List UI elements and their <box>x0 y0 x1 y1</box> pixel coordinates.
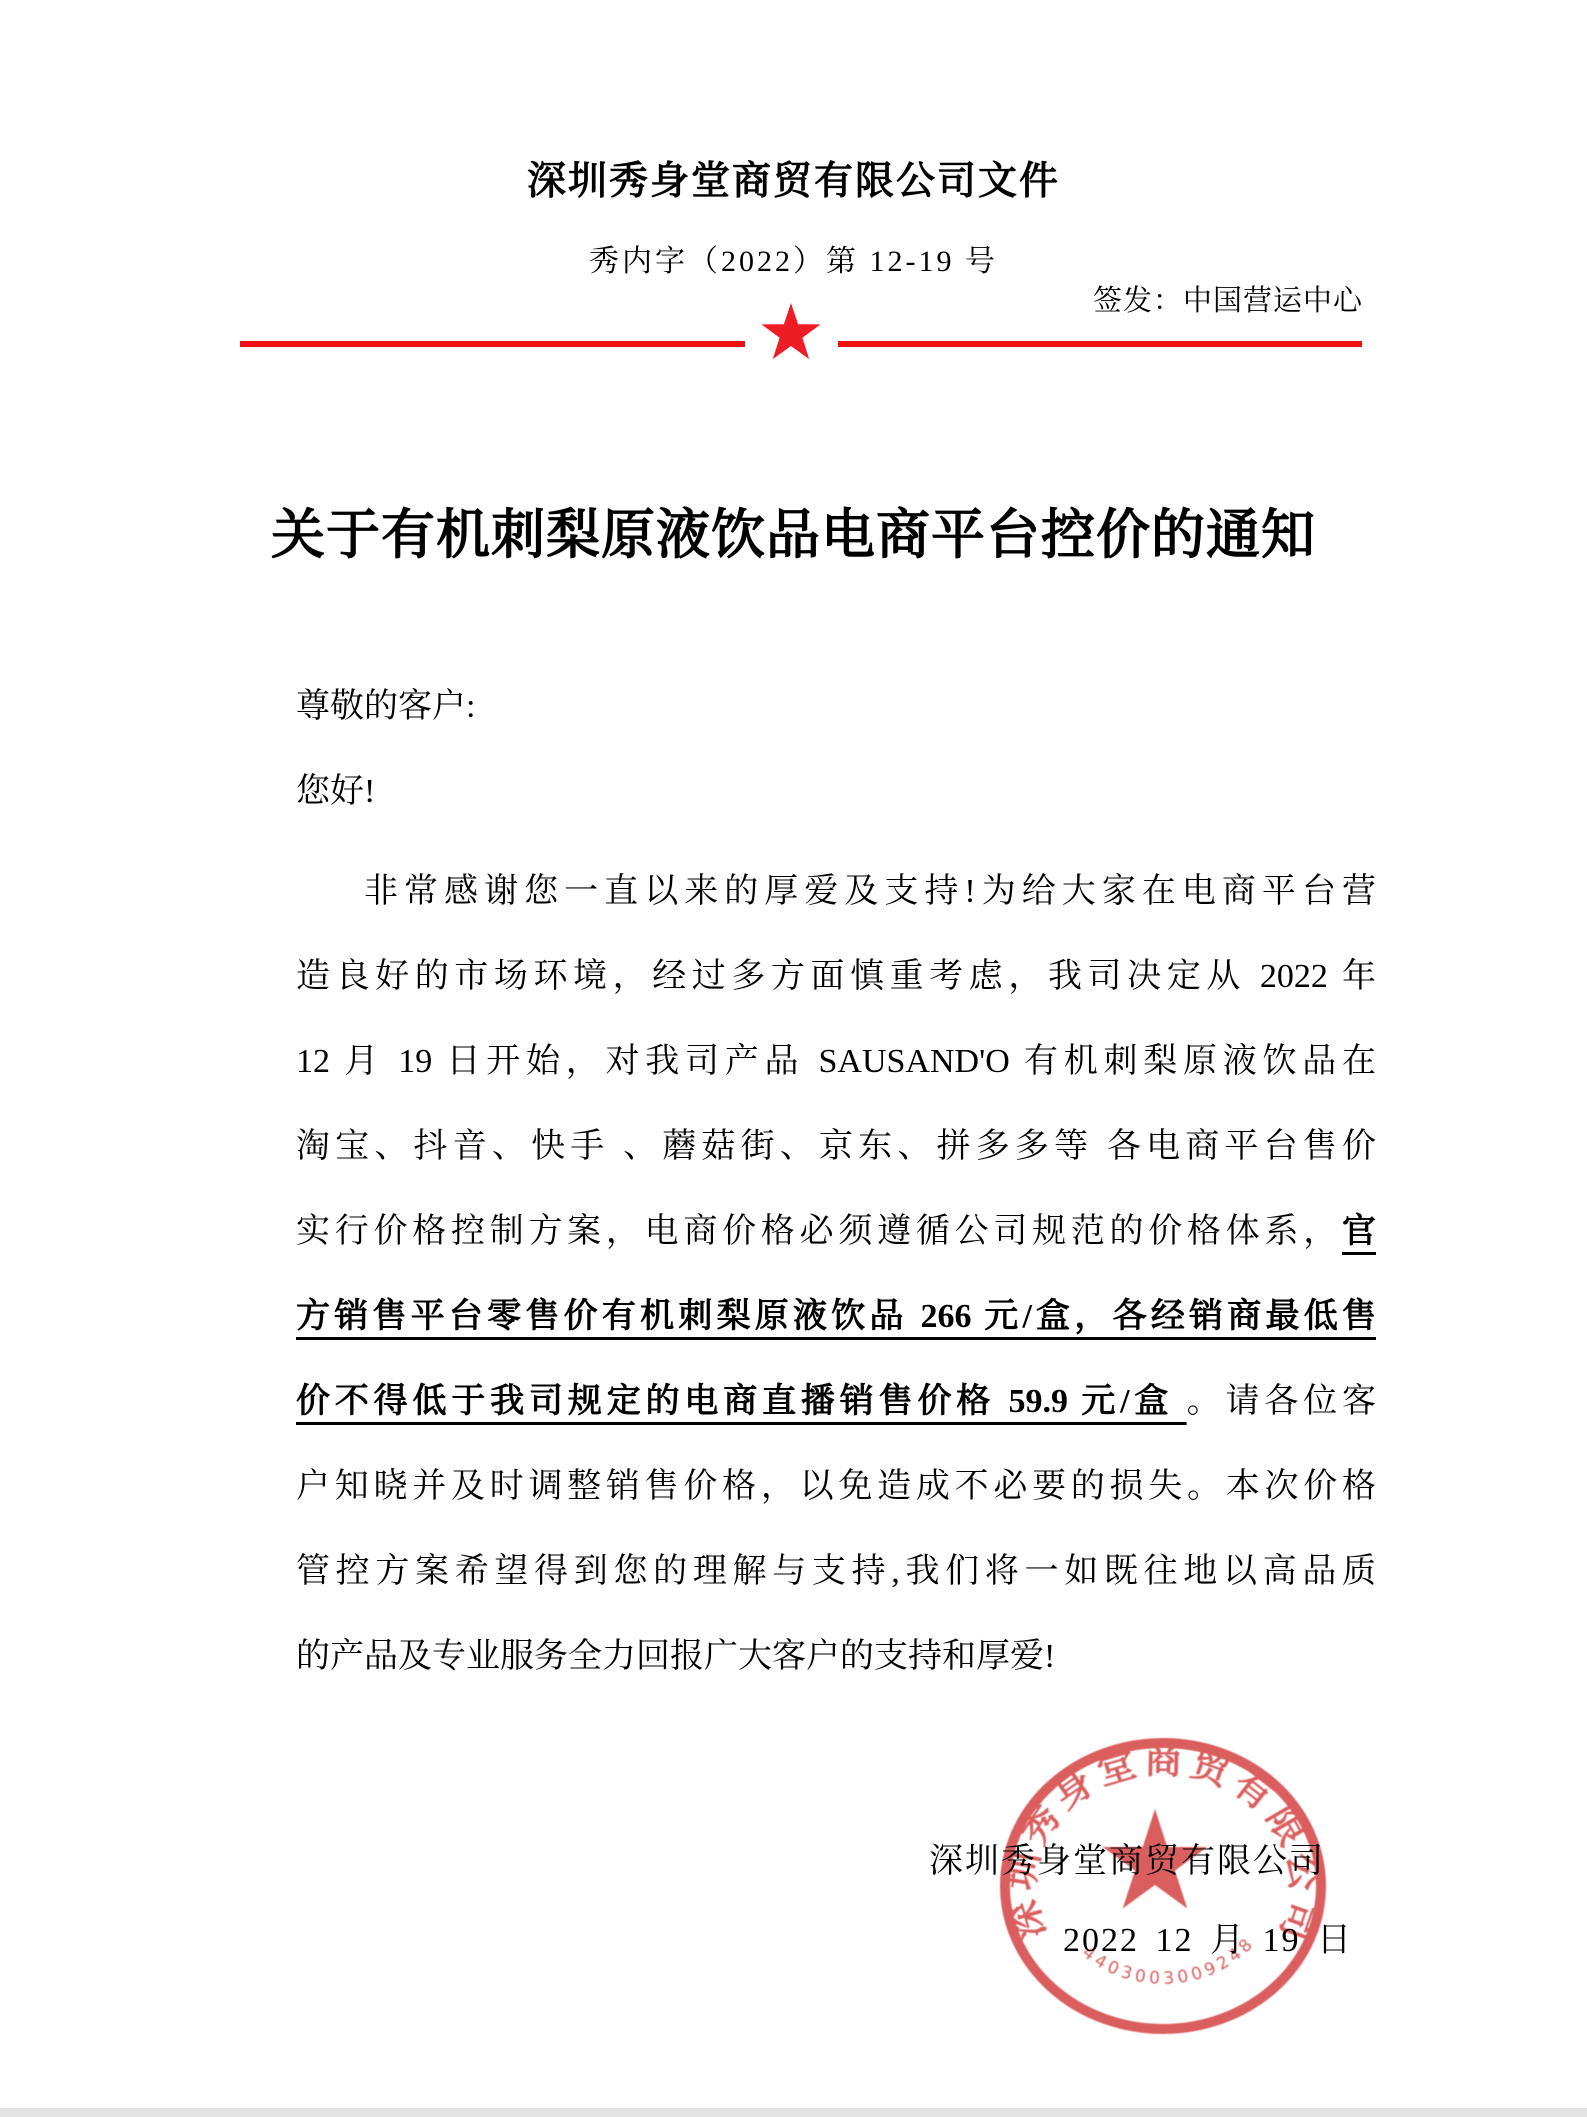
body-line: 的产品及专业服务全力回报广大客户的支持和厚爱! <box>296 1614 1376 1699</box>
body-segment: 实行价格控制方案，电商价格必须遵循公司规范的价格体系， <box>296 1213 1342 1250</box>
scan-edge-strip <box>0 2108 1587 2117</box>
body-segment: 非常感谢您一直以来的厚爱及支持!为给大家在电商平台营 <box>364 873 1376 910</box>
body-segment: 管控方案希望得到您的理解与支持,我们将一如既往地以高品质 <box>296 1553 1376 1590</box>
signature-date: 2022 12 月 19 日 <box>1063 1912 1353 1961</box>
body-line: 价不得低于我司规定的电商直播销售价格 59.9 元/盒 。请各位客 <box>296 1359 1376 1444</box>
greeting: 您好! <box>296 749 1376 849</box>
body-segment: 。请各位客 <box>1187 1383 1376 1420</box>
body-segment: 12 月 19 日开始，对我司产品 SAUSAND'O 有机刺梨原液饮品在 <box>296 1043 1376 1080</box>
body-segment: 造良好的市场环境，经过多方面慎重考虑，我司决定从 2022 年 <box>296 958 1376 995</box>
issuer-line: 签发：中国营运中心 <box>1093 278 1363 319</box>
page-title: 关于有机刺梨原液饮品电商平台控价的通知 <box>0 492 1587 569</box>
body-block: 尊敬的客户: 您好! 非常感谢您一直以来的厚爱及支持!为给大家在电商平台营造良好… <box>296 664 1376 1699</box>
divider-line-right <box>838 341 1362 347</box>
seal-ring <box>1005 1743 1321 2029</box>
body-line: 户知晓并及时调整销售价格，以免造成不必要的损失。本次价格 <box>296 1444 1376 1529</box>
body-line: 造良好的市场环境，经过多方面慎重考虑，我司决定从 2022 年 <box>296 934 1376 1019</box>
body-line: 实行价格控制方案，电商价格必须遵循公司规范的价格体系，官 <box>296 1189 1376 1274</box>
document-page: 深圳秀身堂商贸有限公司文件 秀内字（2022）第 12-19 号 签发：中国营运… <box>0 0 1587 2117</box>
divider-line-left <box>240 341 745 347</box>
doc-number: 秀内字（2022）第 12-19 号 <box>0 236 1587 280</box>
star-icon <box>759 302 823 364</box>
body-line: 方销售平台零售价有机刺梨原液饮品 266 元/盒，各经销商最低售 <box>296 1274 1376 1359</box>
org-header: 深圳秀身堂商贸有限公司文件 <box>0 150 1587 206</box>
signature-company: 深圳秀身堂商贸有限公司 <box>929 1833 1325 1882</box>
company-seal-stamp: 深圳秀身堂商贸有限公司 4403003009248 <box>988 1721 1338 2051</box>
main-paragraph: 非常感谢您一直以来的厚爱及支持!为给大家在电商平台营造良好的市场环境，经过多方面… <box>296 849 1376 1699</box>
body-line: 12 月 19 日开始，对我司产品 SAUSAND'O 有机刺梨原液饮品在 <box>296 1019 1376 1104</box>
body-segment: 的产品及专业服务全力回报广大客户的支持和厚爱! <box>296 1638 1055 1675</box>
body-segment-emphasized: 方销售平台零售价有机刺梨原液饮品 266 元/盒，各经销商最低售 <box>296 1298 1376 1335</box>
body-segment: 户知晓并及时调整销售价格，以免造成不必要的损失。本次价格 <box>296 1468 1376 1505</box>
body-segment-emphasized: 官 <box>1342 1213 1376 1250</box>
salutation: 尊敬的客户: <box>296 664 1376 749</box>
body-line: 淘宝、抖音、快手 、蘑菇街、京东、拼多多等 各电商平台售价 <box>296 1104 1376 1189</box>
body-segment: 淘宝、抖音、快手 、蘑菇街、京东、拼多多等 各电商平台售价 <box>296 1128 1376 1165</box>
body-segment-emphasized: 价不得低于我司规定的电商直播销售价格 59.9 元/盒 <box>296 1383 1187 1420</box>
body-line: 非常感谢您一直以来的厚爱及支持!为给大家在电商平台营 <box>296 849 1376 934</box>
body-line: 管控方案希望得到您的理解与支持,我们将一如既往地以高品质 <box>296 1529 1376 1614</box>
